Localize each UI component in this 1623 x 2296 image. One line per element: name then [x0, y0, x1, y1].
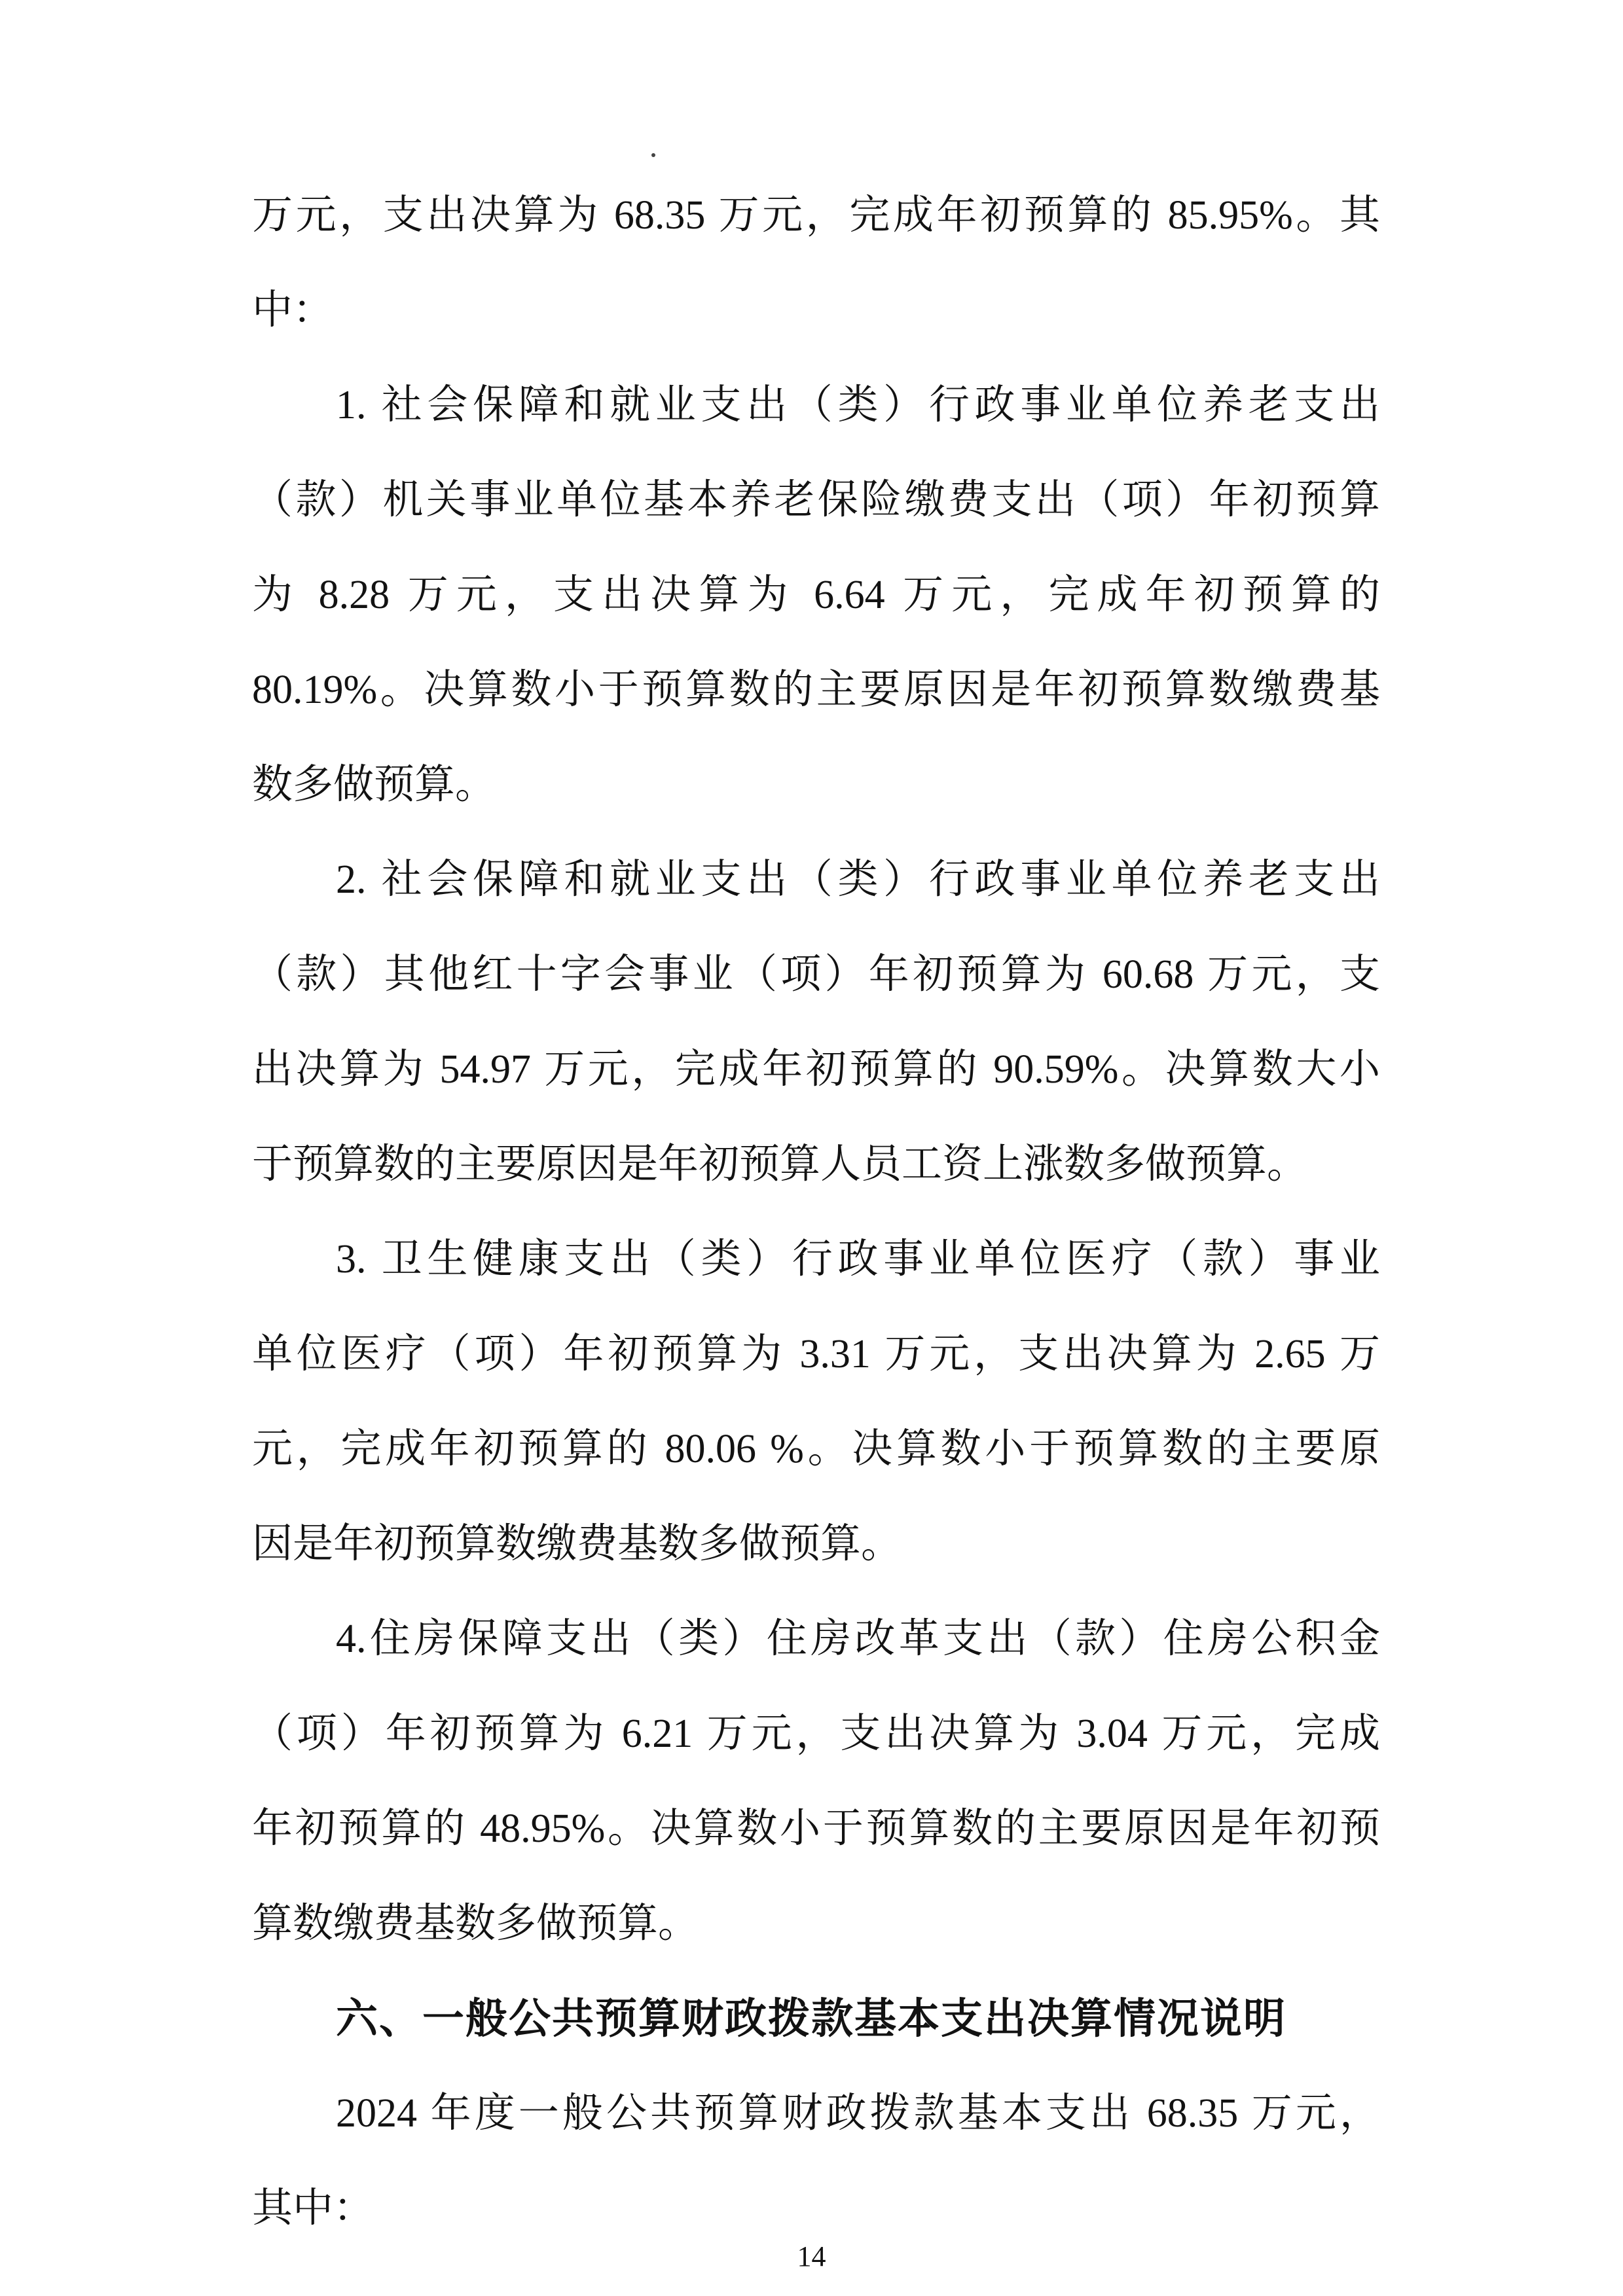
section-heading: 六、一般公共预算财政拨款基本支出决算情况说明	[252, 1971, 1380, 2066]
text-line: 为 8.28 万元，支出决算为 6.64 万元，完成年初预算的	[252, 548, 1380, 643]
text-line: 2. 社会保障和就业支出（类）行政事业单位养老支出	[252, 833, 1380, 927]
document-body: 万元，支出决算为 68.35 万元，完成年初预算的 85.95%。其中：1. 社…	[252, 168, 1380, 2256]
text-line: 算数缴费基数多做预算。	[252, 1876, 1380, 1971]
text-line: 年初预算的 48.95%。决算数小于预算数的主要原因是年初预	[252, 1782, 1380, 1876]
text-line: 4.住房保障支出（类）住房改革支出（款）住房公积金	[252, 1592, 1380, 1687]
text-line: 出决算为 54.97 万元，完成年初预算的 90.59%。决算数大小	[252, 1022, 1380, 1117]
text-line: 元，完成年初预算的 80.06 %。决算数小于预算数的主要原	[252, 1402, 1380, 1497]
text-line: 1. 社会保障和就业支出（类）行政事业单位养老支出	[252, 358, 1380, 453]
text-line: 数多做预算。	[252, 738, 1380, 833]
document-page: 万元，支出决算为 68.35 万元，完成年初预算的 85.95%。其中：1. 社…	[0, 0, 1623, 2296]
text-line: 于预算数的主要原因是年初预算人员工资上涨数多做预算。	[252, 1117, 1380, 1212]
text-line: 万元，支出决算为 68.35 万元，完成年初预算的 85.95%。其	[252, 168, 1380, 263]
scan-speck	[651, 153, 655, 157]
text-line: 单位医疗（项）年初预算为 3.31 万元，支出决算为 2.65 万	[252, 1307, 1380, 1402]
text-line: （项）年初预算为 6.21 万元，支出决算为 3.04 万元，完成	[252, 1687, 1380, 1782]
text-line: 2024 年度一般公共预算财政拨款基本支出 68.35 万元，	[252, 2066, 1380, 2161]
text-line: 80.19%。决算数小于预算数的主要原因是年初预算数缴费基	[252, 643, 1380, 738]
text-line: 3. 卫生健康支出（类）行政事业单位医疗（款）事业	[252, 1212, 1380, 1307]
text-line: 中：	[252, 263, 1380, 358]
text-line: （款）其他红十字会事业（项）年初预算为 60.68 万元，支	[252, 927, 1380, 1022]
page-number: 14	[0, 2237, 1623, 2276]
text-line: （款）机关事业单位基本养老保险缴费支出（项）年初预算	[252, 453, 1380, 548]
text-line: 因是年初预算数缴费基数多做预算。	[252, 1497, 1380, 1592]
